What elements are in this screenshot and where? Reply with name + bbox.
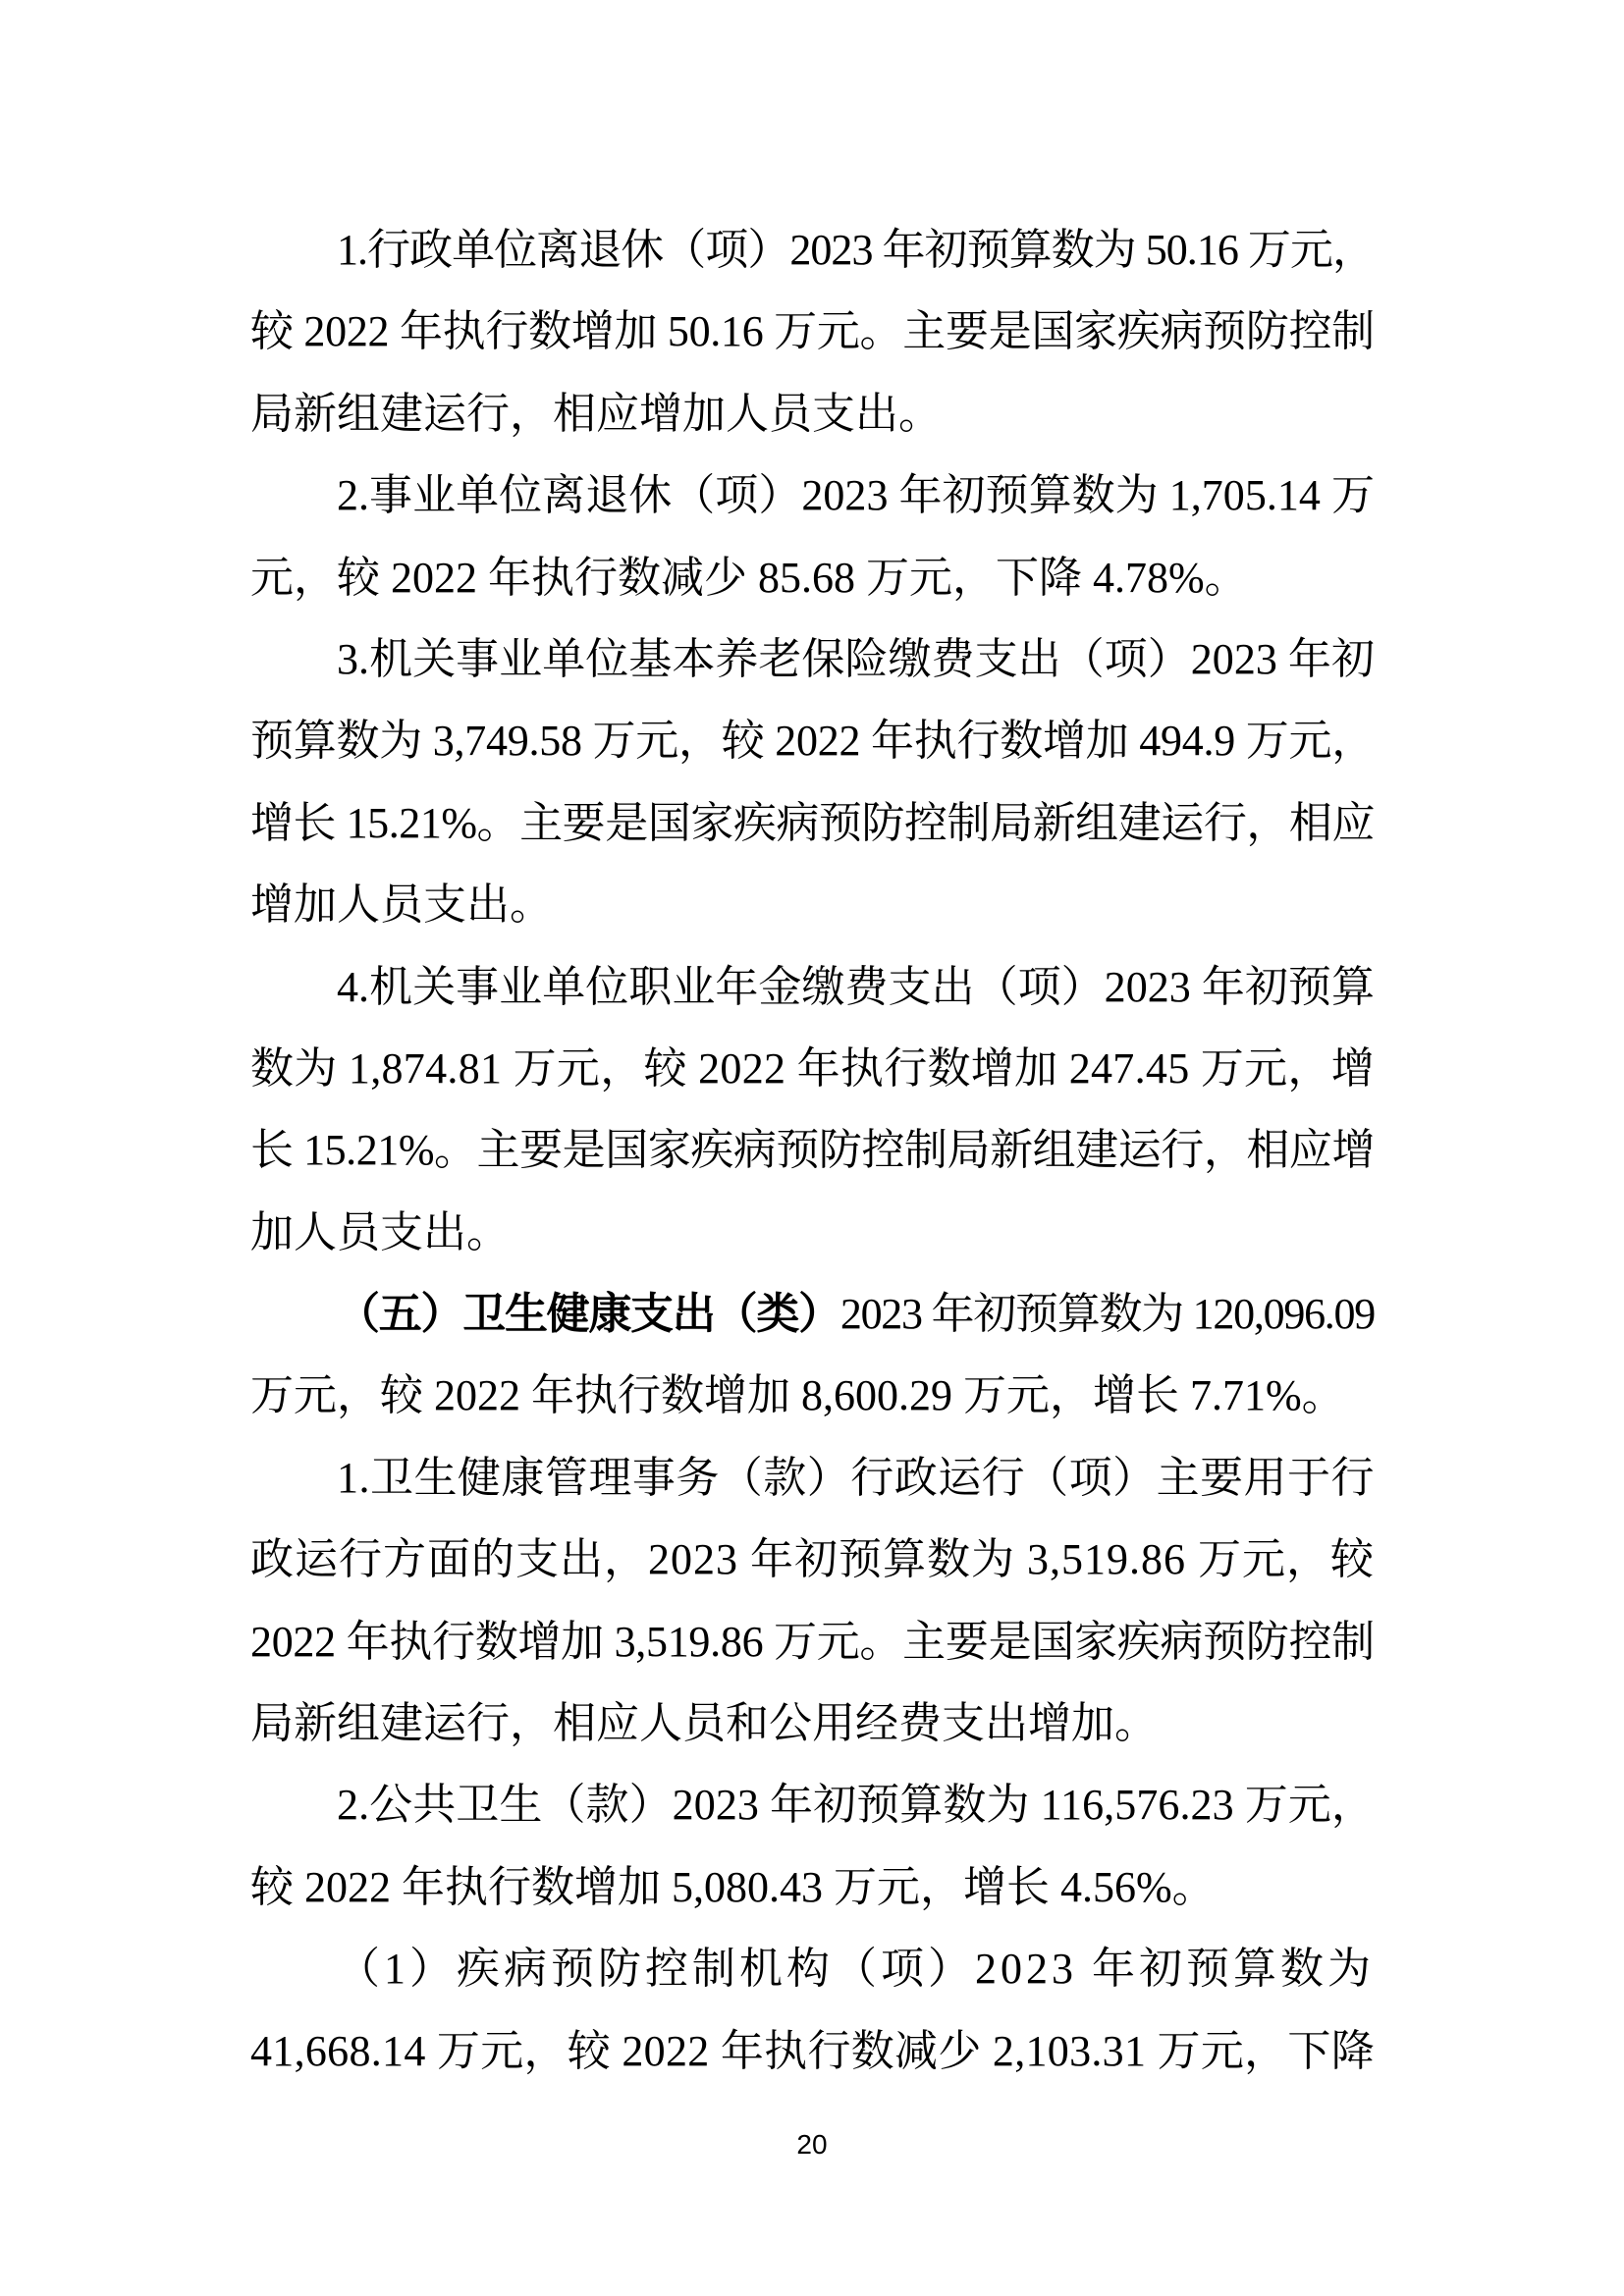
body-text-run: 1.卫生健康管理事务（款）行政运行（项）主要用于行 xyxy=(337,1454,1375,1502)
body-text-run: 元，较 2022 年执行数减少 85.68 万元，下降 4.78%。 xyxy=(250,554,1248,602)
text-line: 较 2022 年执行数增加 5,080.43 万元，增长 4.56%。 xyxy=(250,1846,1375,1928)
body-text-run: 增长 15.21%。主要是国家疾病预防控制局新组建运行，相应 xyxy=(250,799,1375,847)
text-line: 元，较 2022 年执行数减少 85.68 万元，下降 4.78%。 xyxy=(250,537,1375,618)
text-line: 2022 年执行数增加 3,519.86 万元。主要是国家疾病预防控制 xyxy=(250,1601,1375,1682)
page-number: 20 xyxy=(0,2128,1624,2162)
text-line: 政运行方面的支出，2023 年初预算数为 3,519.86 万元，较 xyxy=(250,1519,1375,1600)
body-text-run: 3.机关事业单位基本养老保险缴费支出（项）2023 年初 xyxy=(337,635,1375,683)
text-line: 2.事业单位离退休（项）2023 年初预算数为 1,705.14 万 xyxy=(250,454,1375,536)
text-line: 增长 15.21%。主要是国家疾病预防控制局新组建运行，相应 xyxy=(250,782,1375,864)
body-text-run: 局新组建运行，相应人员和公用经费支出增加。 xyxy=(250,1699,1158,1747)
text-line: 2.公共卫生（款）2023 年初预算数为 116,576.23 万元， xyxy=(250,1764,1375,1845)
body-text-run: 加人员支出。 xyxy=(250,1208,510,1256)
section-heading-text: （五）卫生健康支出（类） xyxy=(337,1290,840,1338)
body-text-run: 较 2022 年执行数增加 5,080.43 万元，增长 4.56%。 xyxy=(250,1863,1216,1911)
document-page: 1.行政单位离退休（项）2023 年初预算数为 50.16 万元，较 2022 … xyxy=(0,0,1624,2296)
text-line: 41,668.14 万元，较 2022 年执行数减少 2,103.31 万元，下… xyxy=(250,2010,1375,2092)
body-text-run: 2023 年初预算数为 120,096.09 xyxy=(840,1290,1375,1338)
body-text-run: 增加人员支出。 xyxy=(250,881,553,929)
text-line: 增加人员支出。 xyxy=(250,864,1375,945)
body-text-run: 局新组建运行，相应增加人员支出。 xyxy=(250,390,942,438)
text-line: 数为 1,874.81 万元，较 2022 年执行数增加 247.45 万元，增 xyxy=(250,1028,1375,1109)
text-line: 局新组建运行，相应增加人员支出。 xyxy=(250,373,1375,454)
body-text-run: 1.行政单位离退休（项）2023 年初预算数为 50.16 万元， xyxy=(337,226,1375,274)
document-body-text: 1.行政单位离退休（项）2023 年初预算数为 50.16 万元，较 2022 … xyxy=(250,209,1375,2092)
body-text-run: 2.公共卫生（款）2023 年初预算数为 116,576.23 万元， xyxy=(337,1781,1375,1829)
body-text-run: 长 15.21%。主要是国家疾病预防控制局新组建运行，相应增 xyxy=(250,1126,1375,1174)
body-text-run: 4.机关事业单位职业年金缴费支出（项）2023 年初预算 xyxy=(337,963,1375,1011)
text-line: 万元，较 2022 年执行数增加 8,600.29 万元，增长 7.71%。 xyxy=(250,1355,1375,1436)
body-text-run: （1）疾病预防控制机构（项）2023 年初预算数为 xyxy=(337,1945,1375,1993)
body-text-run: 万元，较 2022 年执行数增加 8,600.29 万元，增长 7.71%。 xyxy=(250,1371,1345,1419)
text-line: 较 2022 年执行数增加 50.16 万元。主要是国家疾病预防控制 xyxy=(250,291,1375,372)
body-text-run: 预算数为 3,749.58 万元，较 2022 年执行数增加 494.9 万元， xyxy=(250,717,1375,765)
text-line: （五）卫生健康支出（类）2023 年初预算数为 120,096.09 xyxy=(250,1273,1375,1355)
body-text-run: 政运行方面的支出，2023 年初预算数为 3,519.86 万元，较 xyxy=(250,1535,1375,1583)
text-line: 加人员支出。 xyxy=(250,1192,1375,1273)
body-text-run: 较 2022 年执行数增加 50.16 万元。主要是国家疾病预防控制 xyxy=(250,307,1375,355)
body-text-run: 2022 年执行数增加 3,519.86 万元。主要是国家疾病预防控制 xyxy=(250,1618,1375,1666)
text-line: （1）疾病预防控制机构（项）2023 年初预算数为 xyxy=(250,1928,1375,2009)
text-line: 4.机关事业单位职业年金缴费支出（项）2023 年初预算 xyxy=(250,946,1375,1028)
text-line: 预算数为 3,749.58 万元，较 2022 年执行数增加 494.9 万元， xyxy=(250,700,1375,781)
body-text-run: 2.事业单位离退休（项）2023 年初预算数为 1,705.14 万 xyxy=(337,471,1375,519)
text-line: 局新组建运行，相应人员和公用经费支出增加。 xyxy=(250,1682,1375,1764)
body-text-run: 数为 1,874.81 万元，较 2022 年执行数增加 247.45 万元，增 xyxy=(250,1044,1375,1093)
text-line: 1.卫生健康管理事务（款）行政运行（项）主要用于行 xyxy=(250,1437,1375,1519)
text-line: 3.机关事业单位基本养老保险缴费支出（项）2023 年初 xyxy=(250,618,1375,700)
text-line: 1.行政单位离退休（项）2023 年初预算数为 50.16 万元， xyxy=(250,209,1375,291)
body-text-run: 41,668.14 万元，较 2022 年执行数减少 2,103.31 万元，下… xyxy=(250,2027,1375,2075)
text-line: 长 15.21%。主要是国家疾病预防控制局新组建运行，相应增 xyxy=(250,1109,1375,1191)
